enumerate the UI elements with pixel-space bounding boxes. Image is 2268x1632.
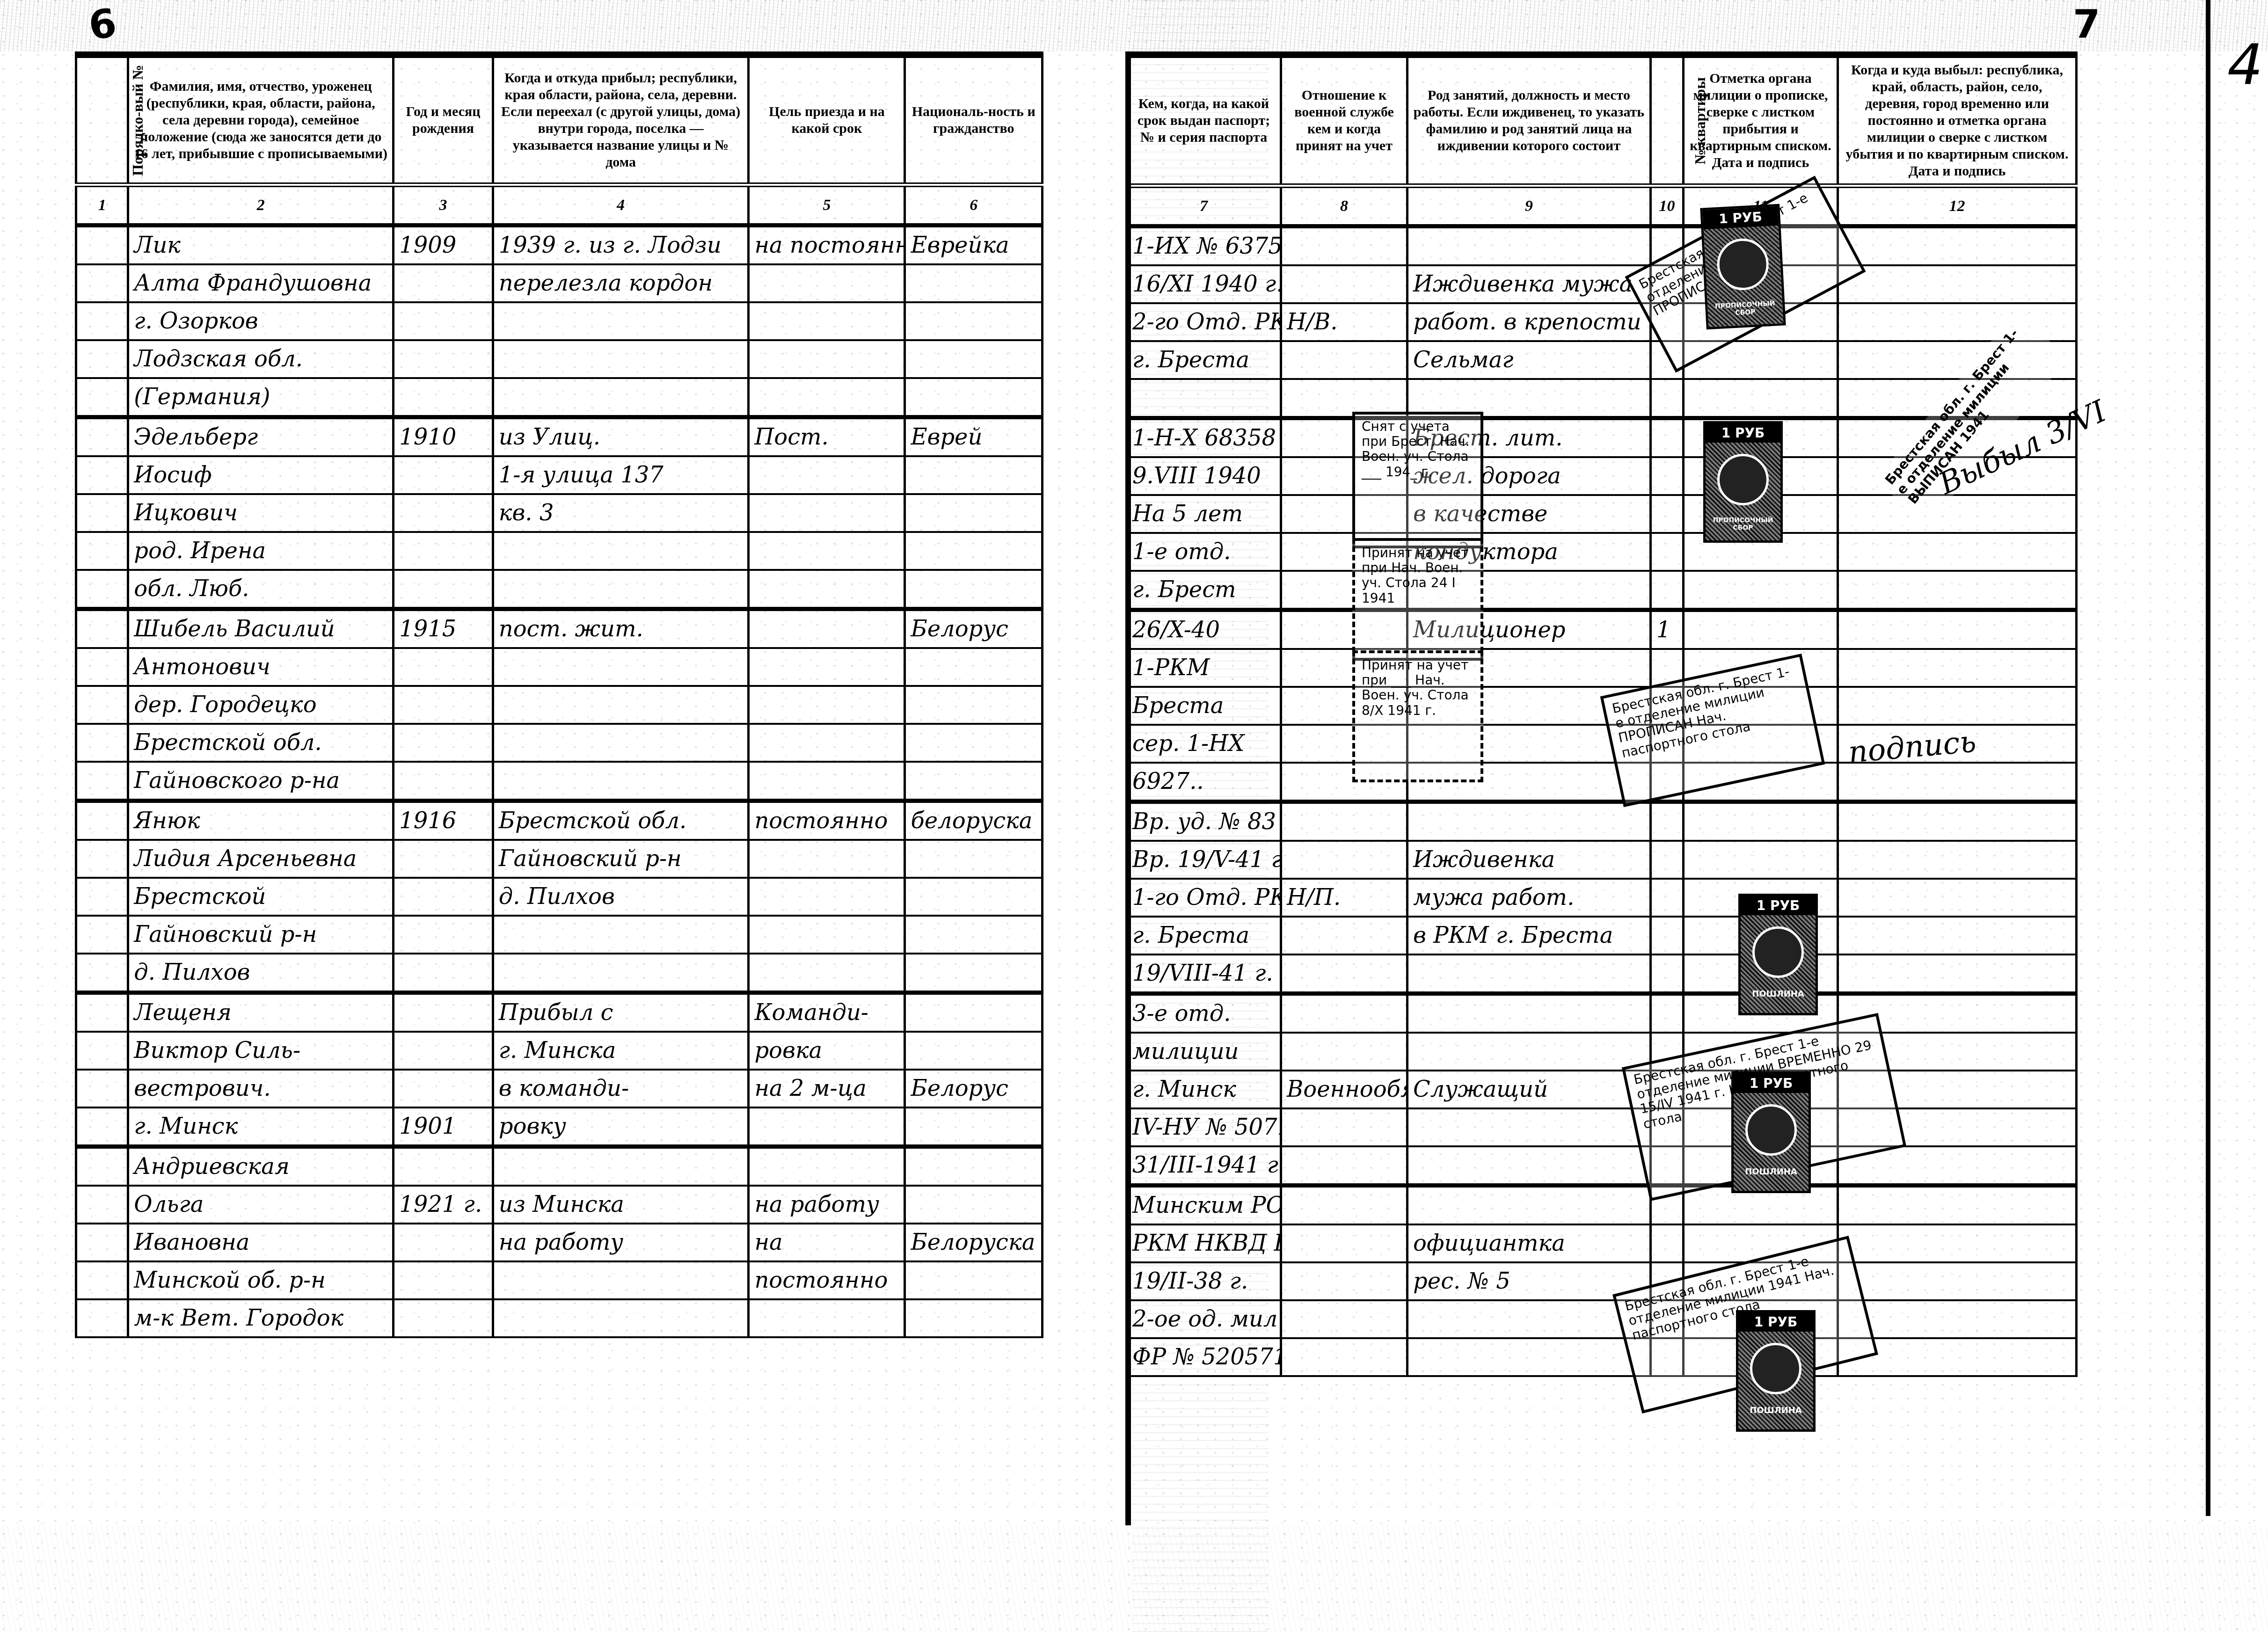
- register-cell-c5: Пост.: [749, 417, 905, 457]
- register-cell-c5: [749, 494, 905, 532]
- register-row: Лодзская обл.: [76, 340, 1043, 378]
- row-number-cell: [76, 1299, 128, 1337]
- register-cell-c2: Лик: [128, 226, 394, 265]
- register-cell-c10: [1651, 533, 1684, 571]
- register-row: Брестской обл.: [76, 724, 1043, 762]
- register-cell-c6: белоруска: [905, 801, 1043, 840]
- register-cell-c3: [394, 570, 493, 609]
- col-number: 4: [493, 185, 749, 226]
- register-row: 9.VIII 1940жел. дорога: [1127, 457, 2198, 495]
- register-cell-c5: [749, 378, 905, 417]
- col-header-apartment: № квартиры: [1651, 55, 1684, 186]
- military-registration-stamp: Принят на учет при ___ Нач. Воен. уч. Ст…: [1352, 650, 1483, 782]
- register-cell-c7: 19/II-38 г.: [1127, 1262, 1281, 1300]
- register-row: 1-РКМ: [1127, 649, 2198, 687]
- register-row: 1-е отд.кондуктора: [1127, 533, 2198, 571]
- register-cell-c10: [1651, 954, 1684, 994]
- register-cell-c7: 6927..: [1127, 763, 1281, 802]
- register-cell-c7: На 5 лет: [1127, 495, 1281, 533]
- register-row: вестрович.в команди-на 2 м-цаБелорус: [76, 1070, 1043, 1107]
- register-cell-c10: [1651, 879, 1684, 917]
- margin-cell: [2077, 571, 2198, 610]
- register-cell-c6: Белоруска: [905, 1224, 1043, 1261]
- register-cell-c6: [905, 1186, 1043, 1224]
- register-cell-c7: 2-ое од. мил.: [1127, 1300, 1281, 1338]
- register-cell-c8: [1281, 1224, 1407, 1262]
- register-cell-c5: [749, 648, 905, 686]
- register-cell-c2: Антонович: [128, 648, 394, 686]
- row-number-cell: [76, 686, 128, 724]
- register-cell-c6: [905, 840, 1043, 878]
- register-cell-c5: [749, 686, 905, 724]
- register-cell-c6: [905, 648, 1043, 686]
- register-cell-c5: [749, 840, 905, 878]
- register-cell-c9: Иждивенка мужа: [1407, 265, 1651, 303]
- row-number-cell: [76, 570, 128, 609]
- register-cell-c2: Лидия Арсеньевна: [128, 840, 394, 878]
- register-cell-c3: [394, 302, 493, 340]
- register-row: ЛещеняПрибыл сКоманди-: [76, 993, 1043, 1032]
- register-cell-c4: кв. 3: [493, 494, 749, 532]
- register-cell-c6: [905, 916, 1043, 954]
- register-cell-c2: Гайновский р-н: [128, 916, 394, 954]
- register-cell-c2: Ивановна: [128, 1224, 394, 1261]
- register-cell-c6: [905, 1107, 1043, 1147]
- register-cell-c7: г. Минск: [1127, 1071, 1281, 1108]
- row-number-cell: [76, 1224, 128, 1261]
- row-number-cell: [76, 264, 128, 302]
- register-cell-c9: [1407, 994, 1651, 1033]
- register-cell-c2: Лодзская обл.: [128, 340, 394, 378]
- col-number: 7: [1127, 186, 1281, 226]
- register-row: Янюк1916Брестской обл.постояннобелоруска: [76, 801, 1043, 840]
- margin-cell: [2077, 1300, 2198, 1338]
- register-cell-c4: [493, 302, 749, 340]
- row-number-cell: [76, 954, 128, 993]
- register-cell-c2: вестрович.: [128, 1070, 394, 1107]
- margin-cell: [2077, 763, 2198, 802]
- departure-cell: [1838, 802, 2077, 841]
- register-row: На 5 летв качестве: [1127, 495, 2198, 533]
- row-number-cell: [76, 840, 128, 878]
- register-cell-c2: Брестской обл.: [128, 724, 394, 762]
- register-cell-c5: на: [749, 1224, 905, 1261]
- register-cell-c2: Янюк: [128, 801, 394, 840]
- row-number-cell: [76, 1032, 128, 1070]
- left-register-body: Лик19091939 г. из г. Лодзина постоянноЕв…: [76, 226, 1043, 1338]
- police-mark-cell: [1684, 610, 1838, 649]
- register-cell-c7: 1-го Отд. РКМ: [1127, 879, 1281, 917]
- register-cell-c3: 1910: [394, 417, 493, 457]
- register-cell-c5: [749, 762, 905, 801]
- register-row: РКМ НКВД БССРофициантка: [1127, 1224, 2198, 1262]
- register-cell-c2: Иосиф: [128, 456, 394, 494]
- register-cell-c10: [1651, 917, 1684, 954]
- register-row: г. Минск1901ровку: [76, 1107, 1043, 1147]
- register-cell-c2: г. Озорков: [128, 302, 394, 340]
- register-cell-c8: [1281, 1108, 1407, 1146]
- margin-blank: [2077, 186, 2198, 226]
- margin-cell: [2077, 226, 2198, 266]
- register-cell-c2: обл. Люб.: [128, 570, 394, 609]
- register-cell-c3: 1916: [394, 801, 493, 840]
- register-row: Лик19091939 г. из г. Лодзина постоянноЕв…: [76, 226, 1043, 265]
- departure-cell: [1838, 265, 2077, 303]
- register-cell-c10: [1651, 495, 1684, 533]
- margin-cell: [2077, 533, 2198, 571]
- register-cell-c6: [905, 724, 1043, 762]
- col-header-purpose: Цель приезда и на какой срок: [749, 55, 905, 185]
- register-cell-c8: [1281, 802, 1407, 841]
- row-number-cell: [76, 762, 128, 801]
- register-row: Виктор Силь-г. Минскаровка: [76, 1032, 1043, 1070]
- register-row: г. Брест: [1127, 571, 2198, 610]
- register-cell-c2: Ицкович: [128, 494, 394, 532]
- row-number-cell: [76, 226, 128, 265]
- register-cell-c7: [1127, 379, 1281, 418]
- row-number-cell: [76, 417, 128, 457]
- register-cell-c9: [1407, 954, 1651, 994]
- register-cell-c7: Вр. 19/V-41 г.: [1127, 841, 1281, 879]
- register-cell-c7: Бреста: [1127, 687, 1281, 725]
- register-cell-c8: [1281, 954, 1407, 994]
- register-cell-c7: 1-е отд.: [1127, 533, 1281, 571]
- margin-cell: [2077, 457, 2198, 495]
- margin-cell: [2077, 1108, 2198, 1146]
- register-cell-c4: перелезла кордон: [493, 264, 749, 302]
- register-cell-c2: Эдельберг: [128, 417, 394, 457]
- margin-cell: [2077, 341, 2198, 379]
- register-cell-c2: Минской об. р-н: [128, 1261, 394, 1299]
- register-cell-c3: [394, 840, 493, 878]
- register-cell-c6: [905, 570, 1043, 609]
- register-cell-c7: 31/III-1941 г.: [1127, 1146, 1281, 1186]
- register-cell-c3: [394, 993, 493, 1032]
- register-cell-c4: [493, 648, 749, 686]
- margin-cell: [2077, 1338, 2198, 1376]
- register-row: Алта Франдушовнаперелезла кордон: [76, 264, 1043, 302]
- row-number-cell: [76, 801, 128, 840]
- register-cell-c3: [394, 264, 493, 302]
- revenue-stamp: 1 РУБПРОПИСОЧНЫЙ СБОР: [1700, 204, 1786, 330]
- register-row: 19/VIII-41 г.: [1127, 954, 2198, 994]
- col-header-military: Отношение к военной службе кем и когда п…: [1281, 55, 1407, 186]
- register-cell-c4: [493, 570, 749, 609]
- register-row: Эдельберг1910из Улиц.Пост.Еврей: [76, 417, 1043, 457]
- register-cell-c8: [1281, 341, 1407, 379]
- register-cell-c6: [905, 954, 1043, 993]
- left-page: Порядко-вый № Фамилия, имя, отчество, ур…: [75, 51, 1043, 1338]
- register-row: Вр. уд. № 83: [1127, 802, 2198, 841]
- register-cell-c3: [394, 532, 493, 570]
- column-number-row: 7 8 9 10 11 12: [1127, 186, 2198, 226]
- margin-cell: [2077, 879, 2198, 917]
- register-cell-c9: [1407, 1338, 1651, 1376]
- register-cell-c4: Брестской обл.: [493, 801, 749, 840]
- right-page-number: 7: [2073, 5, 2100, 44]
- column-number-row: 1 2 3 4 5 6: [76, 185, 1043, 226]
- register-cell-c4: Гайновский р-н: [493, 840, 749, 878]
- register-cell-c5: [749, 570, 905, 609]
- register-cell-c3: [394, 686, 493, 724]
- margin-cell: [2077, 610, 2198, 649]
- register-cell-c3: [394, 1147, 493, 1186]
- register-row: г. Брестав РКМ г. Бреста: [1127, 917, 2198, 954]
- margin-cell: [2077, 725, 2198, 763]
- register-cell-c2: Алта Франдушовна: [128, 264, 394, 302]
- departure-cell: [1838, 610, 2077, 649]
- row-number-cell: [76, 494, 128, 532]
- register-cell-c9: [1407, 1108, 1651, 1146]
- register-row: Шибель Василий1915пост. жит.Белорус: [76, 609, 1043, 648]
- register-cell-c3: 1921 г.: [394, 1186, 493, 1224]
- register-cell-c5: [749, 456, 905, 494]
- row-number-cell: [76, 1070, 128, 1107]
- col-number: 5: [749, 185, 905, 226]
- register-cell-c6: Еврей: [905, 417, 1043, 457]
- register-cell-c5: [749, 954, 905, 993]
- register-cell-c5: [749, 302, 905, 340]
- margin-cell: [2077, 917, 2198, 954]
- departure-cell: [1838, 649, 2077, 687]
- register-cell-c3: [394, 916, 493, 954]
- margin-cell: [2077, 1146, 2198, 1186]
- register-cell-c9: в РКМ г. Бреста: [1407, 917, 1651, 954]
- register-cell-c3: [394, 648, 493, 686]
- col-header-arrival: Когда и откуда прибыл; республики, края …: [493, 55, 749, 185]
- register-cell-c3: [394, 954, 493, 993]
- margin-blank: [2077, 55, 2198, 186]
- archive-sheet-mark: 4: [2227, 37, 2263, 94]
- register-row: Минской об. р-нпостоянно: [76, 1261, 1043, 1299]
- register-cell-c9: [1407, 1033, 1651, 1071]
- police-mark-cell: [1684, 802, 1838, 841]
- register-cell-c4: в команди-: [493, 1070, 749, 1107]
- register-cell-c9: Сельмаг: [1407, 341, 1651, 379]
- register-cell-c5: [749, 532, 905, 570]
- register-cell-c7: 19/VIII-41 г.: [1127, 954, 1281, 994]
- row-number-cell: [76, 1261, 128, 1299]
- register-cell-c4: из Минска: [493, 1186, 749, 1224]
- register-cell-c4: г. Минска: [493, 1032, 749, 1070]
- margin-cell: [2077, 1033, 2198, 1071]
- register-cell-c4: д. Пилхов: [493, 878, 749, 916]
- state-emblem-icon: [1750, 1343, 1801, 1394]
- register-cell-c7: г. Бреста: [1127, 341, 1281, 379]
- row-number-cell: [76, 993, 128, 1032]
- register-cell-c6: [905, 686, 1043, 724]
- register-cell-c4: [493, 532, 749, 570]
- register-row: м-к Вет. Городок: [76, 1299, 1043, 1337]
- register-cell-c10: [1651, 457, 1684, 495]
- register-cell-c10: [1651, 802, 1684, 841]
- register-cell-c7: сер. 1-НХ: [1127, 725, 1281, 763]
- register-cell-c5: ровка: [749, 1032, 905, 1070]
- register-cell-c8: [1281, 1262, 1407, 1300]
- register-cell-c8: Военнообяз.: [1281, 1071, 1407, 1108]
- col-number: 3: [394, 185, 493, 226]
- police-mark-cell: [1684, 379, 1838, 418]
- register-cell-c7: 26/X-40: [1127, 610, 1281, 649]
- departure-cell: [1838, 533, 2077, 571]
- col-number: 2: [128, 185, 394, 226]
- margin-cell: [2077, 1071, 2198, 1108]
- register-row: г. Озорков: [76, 302, 1043, 340]
- register-cell-c4: [493, 1261, 749, 1299]
- col-header-number: Порядко-вый №: [76, 55, 128, 185]
- military-registration-stamp: Принят на учет при Нач. Воен. уч. Стола …: [1352, 538, 1483, 661]
- register-cell-c5: [749, 1299, 905, 1337]
- departure-cell: [1838, 1262, 2077, 1300]
- register-cell-c7: 1-РКМ: [1127, 649, 1281, 687]
- register-cell-c4: [493, 724, 749, 762]
- register-row: д. Пилхов: [76, 954, 1043, 993]
- header-row: Кем, когда, на какой срок выдан паспорт;…: [1127, 55, 2198, 186]
- register-cell-c6: [905, 494, 1043, 532]
- col-number: 9: [1407, 186, 1651, 226]
- register-cell-c9: Иждивенка: [1407, 841, 1651, 879]
- register-row: Андриевская: [76, 1147, 1043, 1186]
- register-cell-c6: [905, 340, 1043, 378]
- register-cell-c9: [1407, 1300, 1651, 1338]
- state-emblem-icon: [1752, 926, 1804, 978]
- register-cell-c4: ровку: [493, 1107, 749, 1147]
- police-mark-cell: [1684, 841, 1838, 879]
- register-cell-c5: постоянно: [749, 801, 905, 840]
- register-cell-c5: на работу: [749, 1186, 905, 1224]
- register-cell-c6: [905, 264, 1043, 302]
- row-number-cell: [76, 302, 128, 340]
- register-cell-c4: пост. жит.: [493, 609, 749, 648]
- register-cell-c3: 1901: [394, 1107, 493, 1147]
- register-cell-c3: 1915: [394, 609, 493, 648]
- register-cell-c8: Н/П.: [1281, 879, 1407, 917]
- row-number-cell: [76, 1147, 128, 1186]
- register-cell-c9: официантка: [1407, 1224, 1651, 1262]
- register-cell-c7: Вр. уд. № 83: [1127, 802, 1281, 841]
- revenue-stamp: 1 РУБПОШЛИНА: [1731, 1071, 1811, 1193]
- register-cell-c2: Гайновского р-на: [128, 762, 394, 801]
- register-cell-c8: [1281, 1186, 1407, 1225]
- register-row: Брестскойд. Пилхов: [76, 878, 1043, 916]
- margin-cell: [2077, 994, 2198, 1033]
- register-cell-c4: [493, 1299, 749, 1337]
- revenue-stamp: 1 РУБПОШЛИНА: [1736, 1310, 1816, 1432]
- register-cell-c7: 2-го Отд. РКМ: [1127, 303, 1281, 341]
- register-cell-c5: [749, 724, 905, 762]
- register-cell-c6: [905, 878, 1043, 916]
- register-cell-c6: [905, 1147, 1043, 1186]
- departure-cell: [1838, 226, 2077, 266]
- register-cell-c5: [749, 916, 905, 954]
- register-cell-c6: [905, 993, 1043, 1032]
- register-cell-c5: [749, 1147, 905, 1186]
- register-cell-c5: [749, 1107, 905, 1147]
- register-cell-c3: [394, 1261, 493, 1299]
- col-number: 10: [1651, 186, 1684, 226]
- register-cell-c2: г. Минск: [128, 1107, 394, 1147]
- register-cell-c8: [1281, 841, 1407, 879]
- col-header-departure: Когда и куда выбыл: республика, край, об…: [1838, 55, 2077, 186]
- register-cell-c7: 16/XI 1940 г.: [1127, 265, 1281, 303]
- row-number-cell: [76, 878, 128, 916]
- register-cell-c4: [493, 340, 749, 378]
- register-cell-c6: Белорус: [905, 609, 1043, 648]
- register-cell-c7: милиции: [1127, 1033, 1281, 1071]
- register-cell-c5: [749, 340, 905, 378]
- register-cell-c8: [1281, 917, 1407, 954]
- col-number: 12: [1838, 186, 2077, 226]
- row-number-cell: [76, 378, 128, 417]
- register-cell-c10: [1651, 418, 1684, 458]
- margin-cell: [2077, 1262, 2198, 1300]
- register-cell-c8: [1281, 994, 1407, 1033]
- register-row: (Германия): [76, 378, 1043, 417]
- register-cell-c3: [394, 762, 493, 801]
- revenue-stamp: 1 РУБПОШЛИНА: [1738, 894, 1818, 1015]
- register-row: Ольга1921 г.из Минскана работу: [76, 1186, 1043, 1224]
- register-cell-c2: Андриевская: [128, 1147, 394, 1186]
- register-cell-c8: [1281, 226, 1407, 266]
- register-cell-c2: м-к Вет. Городок: [128, 1299, 394, 1337]
- margin-cell: [2077, 303, 2198, 341]
- margin-cell: [2077, 954, 2198, 994]
- register-row: Лидия АрсеньевнаГайновский р-н: [76, 840, 1043, 878]
- register-cell-c10: [1651, 1224, 1684, 1262]
- register-cell-c9: [1407, 1146, 1651, 1186]
- register-cell-c3: [394, 1070, 493, 1107]
- col-header-nationality: Националь-ность и гражданство: [905, 55, 1043, 185]
- row-number-cell: [76, 648, 128, 686]
- register-cell-c5: [749, 609, 905, 648]
- register-cell-c6: [905, 1261, 1043, 1299]
- register-cell-c9: [1407, 1186, 1651, 1225]
- register-cell-c10: [1651, 841, 1684, 879]
- register-cell-c8: [1281, 1300, 1407, 1338]
- register-cell-c2: д. Пилхов: [128, 954, 394, 993]
- row-number-cell: [76, 1186, 128, 1224]
- margin-cell: [2077, 1186, 2198, 1225]
- right-page-edge: [2206, 0, 2210, 1516]
- col-number: 8: [1281, 186, 1407, 226]
- register-cell-c6: Еврейка: [905, 226, 1043, 265]
- col-number: 6: [905, 185, 1043, 226]
- register-cell-c3: [394, 724, 493, 762]
- register-cell-c8: Н/В.: [1281, 303, 1407, 341]
- military-registration-stamp: Снят с учета при Брест. Нач. Воен. уч. С…: [1352, 412, 1483, 548]
- register-cell-c9: [1407, 226, 1651, 266]
- departure-cell: [1838, 1300, 2077, 1338]
- margin-cell: [2077, 687, 2198, 725]
- register-cell-c7: Минским РО: [1127, 1186, 1281, 1225]
- register-cell-c7: 9.VIII 1940: [1127, 457, 1281, 495]
- register-cell-c2: Лещеня: [128, 993, 394, 1032]
- departure-cell: [1838, 687, 2077, 725]
- register-cell-c10: 1: [1651, 610, 1684, 649]
- register-cell-c6: [905, 1299, 1043, 1337]
- register-cell-c4: [493, 686, 749, 724]
- register-cell-c7: ФР № 520571: [1127, 1338, 1281, 1376]
- row-number-cell: [76, 1107, 128, 1147]
- col-number: 1: [76, 185, 128, 226]
- register-cell-c6: [905, 302, 1043, 340]
- register-row: Вр. 19/V-41 г.Иждивенка: [1127, 841, 2198, 879]
- register-cell-c4: [493, 916, 749, 954]
- state-emblem-icon: [1716, 237, 1770, 291]
- register-row: обл. Люб.: [76, 570, 1043, 609]
- register-cell-c2: (Германия): [128, 378, 394, 417]
- register-cell-c6: [905, 1032, 1043, 1070]
